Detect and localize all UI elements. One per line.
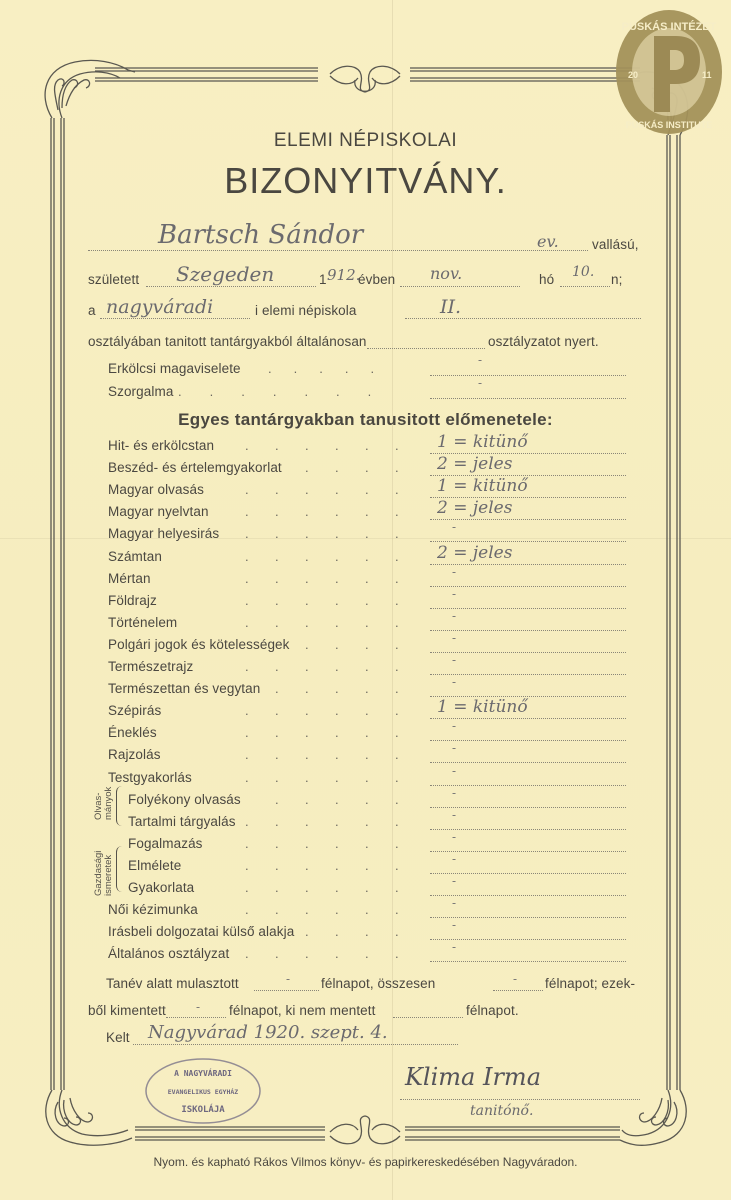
subject-label: Női kézimunka xyxy=(108,902,198,917)
group-label-olvasmanyok: Olvas- mányok xyxy=(94,787,114,820)
day-line xyxy=(560,286,610,287)
group-label-gazdasagi: Gazdasági ismeretek xyxy=(94,851,114,896)
grade-line xyxy=(430,939,626,940)
class-value: II. xyxy=(440,296,461,318)
leader-dot: . xyxy=(365,549,369,564)
year-label: évben xyxy=(358,272,395,287)
subjects-heading: Egyes tantárgyakban tanusitott előmenete… xyxy=(0,410,731,430)
day-label: n; xyxy=(611,272,622,287)
born-place-line xyxy=(146,286,316,287)
leader-dot: . xyxy=(395,770,399,785)
leader-dot: . xyxy=(305,593,309,608)
subject-grade: - xyxy=(452,852,456,866)
leader-dot: . xyxy=(245,659,249,674)
leader-dot: . xyxy=(365,725,369,740)
grade-line xyxy=(430,917,626,918)
signature-title: tanitónő. xyxy=(470,1103,533,1119)
grade-line xyxy=(430,873,626,874)
absence-label-3: félnapot; ezek- xyxy=(545,976,635,991)
certificate-title: BIZONYITVÁNY. xyxy=(0,160,731,202)
subject-label: Mértan xyxy=(108,571,151,586)
subject-grade: 1 = kitünő xyxy=(437,432,528,452)
leader-dot: . xyxy=(275,504,279,519)
leader-dot: . xyxy=(305,836,309,851)
leader-dot: . xyxy=(275,725,279,740)
leader-dot: . xyxy=(245,814,249,829)
leader-dot: . xyxy=(245,615,249,630)
leader-dot: . xyxy=(245,482,249,497)
leader-dot: . xyxy=(365,814,369,829)
subject-grade: - xyxy=(452,896,456,910)
leader-dot: . xyxy=(395,946,399,961)
school-city-line xyxy=(100,318,250,319)
conduct-value: - xyxy=(478,376,482,390)
leader-dot: . xyxy=(335,880,339,895)
leader-dot: . xyxy=(365,637,369,652)
leader-dot: . xyxy=(245,858,249,873)
leader-dot: . xyxy=(305,571,309,586)
leader-dot: . xyxy=(245,549,249,564)
subject-label: Gyakorlata xyxy=(128,880,194,895)
subject-grade: - xyxy=(452,653,456,667)
leader-dot: . xyxy=(275,549,279,564)
subject-label: Történelem xyxy=(108,615,177,630)
leader-dot: . xyxy=(365,902,369,917)
month-label: hó xyxy=(539,272,554,287)
leader-dot: . xyxy=(335,792,339,807)
certificate-subtitle: ELEMI NÉPISKOLAI xyxy=(0,130,731,152)
conduct-value: - xyxy=(478,353,482,367)
leader-dot: . xyxy=(245,703,249,718)
subject-grade: - xyxy=(452,719,456,733)
subject-label: Fogalmazás xyxy=(128,836,203,851)
leader-dot: . xyxy=(305,725,309,740)
leader-dot: . xyxy=(365,659,369,674)
absence-label-2: félnapot, összesen xyxy=(321,976,435,991)
absence-label-1: Tanév alatt mulasztott xyxy=(106,976,239,991)
leader-dot: . xyxy=(245,747,249,762)
class-line xyxy=(405,318,641,319)
grade-line xyxy=(430,851,626,852)
grade-line xyxy=(430,608,626,609)
leader-dot: . xyxy=(275,571,279,586)
leader-dot: . xyxy=(275,438,279,453)
leader-dot: . xyxy=(395,637,399,652)
leader-dot: . xyxy=(275,593,279,608)
conduct-label: Szorgalma xyxy=(108,384,173,399)
subject-grade: - xyxy=(452,741,456,755)
svg-text:A NAGYVÁRADI: A NAGYVÁRADI xyxy=(174,1067,232,1078)
halfdays-label: félnapot. xyxy=(466,1003,519,1018)
subject-grade: - xyxy=(452,808,456,822)
leader-dot: . xyxy=(365,526,369,541)
excused-value: - xyxy=(196,1000,200,1014)
subject-label: Testgyakorlás xyxy=(108,770,192,785)
school-stamp-icon: A NAGYVÁRADI EVANGELIKUS EGYHÁZ ISKOLÁJA xyxy=(143,1056,263,1126)
subject-grade: - xyxy=(452,874,456,888)
brace-olvasmanyok xyxy=(116,786,122,826)
grade-line xyxy=(430,740,626,741)
leader-dot: . xyxy=(245,526,249,541)
subject-grade: - xyxy=(452,830,456,844)
leader-dots: ..... xyxy=(268,361,396,376)
leader-dot: . xyxy=(275,659,279,674)
subject-label: Számtan xyxy=(108,549,162,564)
leader-dot: . xyxy=(335,747,339,762)
subject-grade: 2 = jeles xyxy=(437,454,512,474)
leader-dot: . xyxy=(365,571,369,586)
subject-grade: - xyxy=(452,587,456,601)
subject-grade: - xyxy=(452,940,456,954)
excused-label: ből kimentett xyxy=(88,1003,166,1018)
leader-dot: . xyxy=(335,637,339,652)
leader-dot: . xyxy=(395,681,399,696)
conduct-line xyxy=(430,375,626,376)
leader-dot: . xyxy=(245,946,249,961)
subject-label: Általános osztályzat xyxy=(108,946,229,961)
subject-label: Irásbeli dolgozatai külső alakja xyxy=(108,924,294,939)
leader-dot: . xyxy=(365,836,369,851)
leader-dot: . xyxy=(365,747,369,762)
leader-dot: . xyxy=(275,526,279,541)
religion-value: ev. xyxy=(537,232,559,251)
missed-line xyxy=(254,990,319,991)
brace-gazdasagi xyxy=(116,846,122,892)
grade-line xyxy=(430,961,626,962)
born-place-value: Szegeden xyxy=(176,262,274,286)
overall-grade-line xyxy=(367,348,485,349)
leader-dot: . xyxy=(305,902,309,917)
year-prefix: 1 xyxy=(319,272,327,287)
leader-dot: . xyxy=(395,836,399,851)
leader-dot: . xyxy=(245,770,249,785)
leader-dot: . xyxy=(305,880,309,895)
subject-grade: - xyxy=(452,675,456,689)
leader-dots: ....... xyxy=(178,384,399,399)
overall-grade-label: osztályzatot nyert. xyxy=(488,334,599,349)
leader-dot: . xyxy=(395,924,399,939)
subject-label: Magyar helyesirás xyxy=(108,526,219,541)
leader-dot: . xyxy=(335,681,339,696)
leader-dot: . xyxy=(305,438,309,453)
conduct-line xyxy=(430,398,626,399)
leader-dot: . xyxy=(335,924,339,939)
unexcused-label: félnapot, ki nem mentett xyxy=(229,1003,375,1018)
grade-line xyxy=(430,829,626,830)
leader-dot: . xyxy=(335,593,339,608)
svg-text:11: 11 xyxy=(702,70,712,80)
leader-dot: . xyxy=(335,549,339,564)
leader-dot: . xyxy=(245,571,249,586)
subject-label: Folyékony olvasás xyxy=(128,792,241,807)
leader-dot: . xyxy=(305,460,309,475)
leader-dot: . xyxy=(365,770,369,785)
leader-dot: . xyxy=(365,792,369,807)
leader-dot: . xyxy=(335,438,339,453)
grade-line xyxy=(430,519,626,520)
leader-dot: . xyxy=(305,858,309,873)
leader-dot: . xyxy=(335,858,339,873)
leader-dot: . xyxy=(335,725,339,740)
leader-dot: . xyxy=(305,549,309,564)
leader-dot: . xyxy=(335,703,339,718)
subject-label: Hit- és erkölcstan xyxy=(108,438,214,453)
subject-label: Természettan és vegytan xyxy=(108,681,260,696)
birth-day-value: 10. xyxy=(572,264,594,280)
leader-dot: . xyxy=(305,946,309,961)
leader-dot: . xyxy=(395,593,399,608)
puskas-institute-logo-icon: PUSKÁS INTÉZET PUSKÁS INSTITUTE 20 11 xyxy=(614,8,724,136)
grade-line xyxy=(430,718,626,719)
leader-dot: . xyxy=(395,549,399,564)
leader-dot: . xyxy=(395,504,399,519)
leader-dot: . xyxy=(395,615,399,630)
birth-month-value: nov. xyxy=(430,264,462,283)
leader-dot: . xyxy=(245,902,249,917)
leader-dot: . xyxy=(395,703,399,718)
subject-grade: - xyxy=(452,786,456,800)
school-city-value: nagyváradi xyxy=(106,296,213,318)
leader-dot: . xyxy=(365,681,369,696)
subject-label: Földrajz xyxy=(108,593,157,608)
leader-dot: . xyxy=(335,504,339,519)
subject-label: Éneklés xyxy=(108,725,157,740)
grade-line xyxy=(430,652,626,653)
leader-dot: . xyxy=(275,482,279,497)
subject-label: Beszéd- és értelemgyakorlat xyxy=(108,460,282,475)
leader-dot: . xyxy=(275,880,279,895)
leader-dot: . xyxy=(305,526,309,541)
leader-dot: . xyxy=(365,504,369,519)
subject-label: Rajzolás xyxy=(108,747,161,762)
teacher-signature: Klima Irma xyxy=(405,1063,541,1091)
subject-grade: - xyxy=(452,764,456,778)
leader-dot: . xyxy=(305,681,309,696)
leader-dot: . xyxy=(305,747,309,762)
subject-grade: - xyxy=(452,520,456,534)
leader-dot: . xyxy=(305,482,309,497)
grade-line xyxy=(430,762,626,763)
leader-dot: . xyxy=(305,814,309,829)
subject-grade: 2 = jeles xyxy=(437,543,512,563)
birth-year-value: 912. xyxy=(327,266,360,284)
leader-dot: . xyxy=(335,659,339,674)
leader-dot: . xyxy=(395,482,399,497)
leader-dot: . xyxy=(335,814,339,829)
leader-dot: . xyxy=(305,924,309,939)
subject-label: Természetrajz xyxy=(108,659,193,674)
leader-dot: . xyxy=(245,880,249,895)
leader-dot: . xyxy=(245,504,249,519)
grade-line xyxy=(430,564,626,565)
leader-dot: . xyxy=(335,571,339,586)
grade-line xyxy=(430,630,626,631)
leader-dot: . xyxy=(395,460,399,475)
grade-line xyxy=(430,586,626,587)
issued-label: Kelt xyxy=(106,1030,130,1045)
leader-dot: . xyxy=(365,482,369,497)
subject-label: Polgári jogok és kötelességek xyxy=(108,637,290,652)
leader-dot: . xyxy=(275,770,279,785)
leader-dot: . xyxy=(395,659,399,674)
leader-dot: . xyxy=(305,504,309,519)
born-label: született xyxy=(88,272,139,287)
leader-dot: . xyxy=(395,747,399,762)
leader-dot: . xyxy=(335,482,339,497)
leader-dot: . xyxy=(335,460,339,475)
subject-grade: 1 = kitünő xyxy=(437,697,528,717)
leader-dot: . xyxy=(365,615,369,630)
svg-text:EVANGELIKUS EGYHÁZ: EVANGELIKUS EGYHÁZ xyxy=(168,1087,239,1096)
a-label: a xyxy=(88,303,96,318)
grade-line xyxy=(430,807,626,808)
student-name: Bartsch Sándor xyxy=(158,220,363,250)
subject-grade: - xyxy=(452,565,456,579)
leader-dot: . xyxy=(335,946,339,961)
leader-dot: . xyxy=(305,703,309,718)
leader-dot: . xyxy=(275,814,279,829)
leader-dot: . xyxy=(395,526,399,541)
leader-dot: . xyxy=(275,747,279,762)
total-value: - xyxy=(513,972,517,986)
grade-line xyxy=(430,785,626,786)
issued-line xyxy=(133,1044,458,1045)
leader-dot: . xyxy=(395,880,399,895)
leader-dot: . xyxy=(395,814,399,829)
class-description-label: osztályában tanitott tantárgyakból által… xyxy=(88,334,367,349)
subject-label: Magyar nyelvtan xyxy=(108,504,209,519)
school-label: i elemi népiskola xyxy=(255,303,357,318)
leader-dot: . xyxy=(305,615,309,630)
grade-line xyxy=(430,541,626,542)
leader-dot: . xyxy=(305,770,309,785)
leader-dot: . xyxy=(395,571,399,586)
leader-dot: . xyxy=(395,438,399,453)
excused-line xyxy=(166,1017,226,1018)
leader-dot: . xyxy=(275,615,279,630)
leader-dot: . xyxy=(365,880,369,895)
subject-label: Tartalmi tárgyalás xyxy=(128,814,236,829)
subject-label: Elmélete xyxy=(128,858,181,873)
leader-dot: . xyxy=(245,836,249,851)
leader-dot: . xyxy=(365,703,369,718)
leader-dot: . xyxy=(245,593,249,608)
leader-dot: . xyxy=(275,946,279,961)
missed-value: - xyxy=(286,972,290,986)
leader-dot: . xyxy=(365,438,369,453)
printer-footer: Nyom. és kapható Rákos Vilmos könyv- és … xyxy=(0,1155,731,1169)
svg-text:20: 20 xyxy=(628,70,638,80)
name-line xyxy=(88,250,588,251)
grade-line xyxy=(430,674,626,675)
leader-dot: . xyxy=(275,681,279,696)
subject-label: Magyar olvasás xyxy=(108,482,204,497)
leader-dot: . xyxy=(245,438,249,453)
svg-text:PUSKÁS INTÉZET: PUSKÁS INTÉZET xyxy=(622,20,717,33)
month-line xyxy=(400,286,520,287)
leader-dot: . xyxy=(275,836,279,851)
leader-dot: . xyxy=(275,858,279,873)
leader-dot: . xyxy=(275,792,279,807)
leader-dot: . xyxy=(335,770,339,785)
leader-dot: . xyxy=(365,460,369,475)
subject-grade: 1 = kitünő xyxy=(437,476,528,496)
grade-line xyxy=(430,895,626,896)
leader-dot: . xyxy=(395,792,399,807)
leader-dot: . xyxy=(395,725,399,740)
subject-grade: - xyxy=(452,918,456,932)
leader-dot: . xyxy=(335,526,339,541)
svg-text:ISKOLÁJA: ISKOLÁJA xyxy=(181,1103,225,1115)
leader-dot: . xyxy=(365,924,369,939)
leader-dot: . xyxy=(365,593,369,608)
leader-dot: . xyxy=(395,858,399,873)
subject-grade: 2 = jeles xyxy=(437,498,512,518)
svg-text:PUSKÁS INSTITUTE: PUSKÁS INSTITUTE xyxy=(626,120,713,130)
leader-dot: . xyxy=(335,615,339,630)
leader-dot: . xyxy=(365,858,369,873)
leader-dot: . xyxy=(275,703,279,718)
issued-value: Nagyvárad 1920. szept. 4. xyxy=(148,1022,388,1043)
leader-dot: . xyxy=(275,902,279,917)
subject-label: Szépirás xyxy=(108,703,161,718)
leader-dot: . xyxy=(395,902,399,917)
subject-grade: - xyxy=(452,631,456,645)
leader-dot: . xyxy=(335,902,339,917)
signature-line xyxy=(400,1099,640,1100)
subject-grade: - xyxy=(452,609,456,623)
leader-dot: . xyxy=(305,659,309,674)
leader-dot: . xyxy=(245,725,249,740)
leader-dot: . xyxy=(305,637,309,652)
leader-dot: . xyxy=(335,836,339,851)
unexcused-line xyxy=(393,1017,463,1018)
leader-dot: . xyxy=(305,792,309,807)
conduct-label: Erkölcsi magaviselete xyxy=(108,361,241,376)
religion-label: vallású, xyxy=(592,237,639,252)
leader-dot: . xyxy=(365,946,369,961)
total-line xyxy=(493,990,543,991)
